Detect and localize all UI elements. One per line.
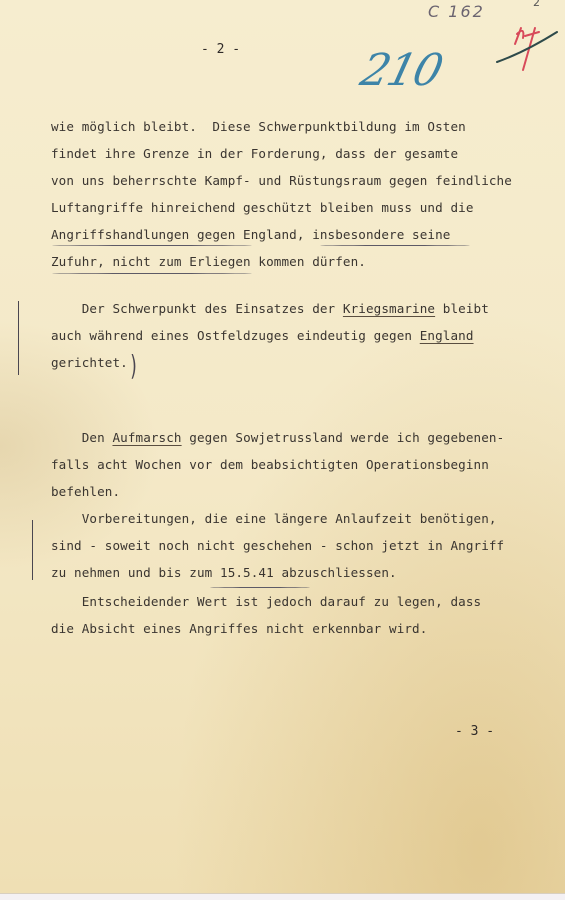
paragraph-4-line-3: zu nehmen und bis zum 15.5.41 abzuschlie…: [51, 565, 397, 580]
paragraph-3-line-2: falls acht Wochen vor dem beabsichtigten…: [51, 457, 489, 472]
document-page: C 162 2 210 - 2 - wie möglich bleibt. Di…: [0, 0, 565, 893]
paragraph-1-line-3: von uns beherrschte Kampf- und Rüstungsr…: [51, 173, 512, 188]
closing-bracket-mark: ): [130, 349, 137, 382]
paragraph-2-text: Der Schwerpunkt des Einsatzes der: [51, 301, 343, 316]
paragraph-1-line-1: wie möglich bleibt. Diese Schwerpunktbil…: [51, 119, 466, 134]
underlined-kriegsmarine: Kriegsmarine: [343, 301, 435, 316]
paragraph-1-line-4: Luftangriffe hinreichend geschützt bleib…: [51, 200, 474, 215]
paragraph-2-text: bleibt: [435, 301, 489, 316]
paragraph-2-line-2: auch während eines Ostfeldzuges eindeuti…: [51, 328, 474, 343]
paragraph-1-line-5: Angriffshandlungen gegen England, insbes…: [51, 227, 450, 242]
paragraph-1-line-2: findet ihre Grenze in der Forderung, das…: [51, 146, 458, 161]
pencil-underline: [52, 245, 252, 246]
page-header-number: - 2 -: [201, 42, 240, 57]
underlined-aufmarsch: Aufmarsch: [112, 430, 181, 445]
paragraph-3-line-1: Den Aufmarsch gegen Sowjetrussland werde…: [51, 430, 504, 445]
bottom-edge-strip: [0, 893, 565, 900]
paragraph-5-line-1: Entscheidender Wert ist jedoch darauf zu…: [51, 594, 481, 609]
paragraph-5-line-2: die Absicht eines Angriffes nicht erkenn…: [51, 621, 427, 636]
page-footer-number: - 3 -: [455, 724, 494, 739]
paragraph-4-line-1: Vorbereitungen, die eine längere Anlaufz…: [51, 511, 497, 526]
margin-mark-line: [18, 301, 19, 375]
pencil-underline: [320, 245, 470, 246]
margin-mark-line: [32, 520, 33, 580]
paragraph-3-line-3: befehlen.: [51, 484, 120, 499]
red-pencil-mark-icon: [495, 12, 565, 72]
archive-reference-annotation: C 162: [428, 2, 485, 21]
pencil-underline: [210, 587, 310, 588]
folio-number-annotation: 210: [356, 45, 447, 96]
paragraph-3-text: gegen Sowjetrussland werde ich gegebenen…: [182, 430, 505, 445]
paragraph-2-line-1: Der Schwerpunkt des Einsatzes der Kriegs…: [51, 301, 489, 316]
paragraph-4-line-2: sind - soweit noch nicht geschehen - sch…: [51, 538, 504, 553]
paragraph-3-text: Den: [51, 430, 112, 445]
paragraph-1-line-6: Zufuhr, nicht zum Erliegen kommen dürfen…: [51, 254, 366, 269]
pencil-underline: [52, 273, 252, 274]
paragraph-2-text: auch während eines Ostfeldzuges eindeuti…: [51, 328, 420, 343]
small-mark-annotation: 2: [533, 0, 540, 9]
paragraph-2-line-3: gerichtet.: [51, 355, 128, 370]
underlined-england: England: [420, 328, 474, 343]
